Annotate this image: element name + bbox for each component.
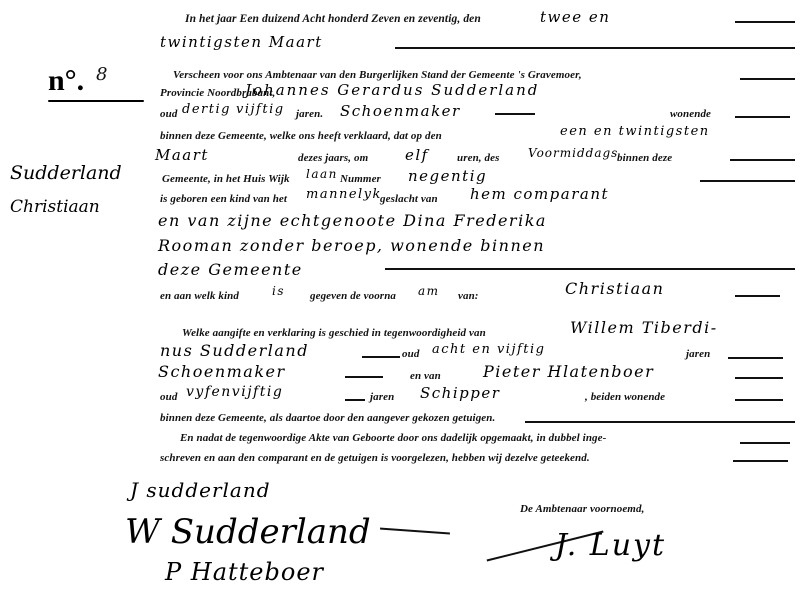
sex-text: geslacht van (380, 193, 438, 205)
handwritten-witness-2-age: vyfenvijftig (186, 384, 283, 400)
witness-intro-text: Welke aangifte en verklaring is geschied… (182, 327, 486, 339)
signature-witness-1: W Sudderland (125, 512, 371, 552)
handwritten-father-occupation: Schoenmaker (340, 102, 461, 120)
closing-text-2: schreven en aan den comparant en de getu… (160, 452, 590, 464)
handwritten-witness-2-occupation: Schipper (420, 384, 500, 402)
this-year-text: dezes jaars, om (298, 152, 368, 164)
handwritten-parent: hem comparant (470, 185, 609, 203)
witness-1-years-label: jaren (686, 348, 710, 360)
handwritten-mother-surname: Rooman zonder beroep, wonende binnen (158, 236, 545, 255)
handwritten-birth-month: Maart (155, 146, 209, 164)
handwritten-is: is (272, 284, 285, 298)
house-text: Gemeente, in het Huis Wijk (162, 173, 290, 185)
fill-line (740, 442, 790, 444)
fill-line (362, 356, 400, 358)
fill-line (735, 295, 780, 297)
fill-line (733, 460, 788, 462)
handwritten-time-of-day: Voormiddags (528, 146, 618, 160)
signature-flourish (380, 528, 450, 534)
fill-line (740, 78, 795, 80)
within-text: binnen deze (617, 152, 672, 164)
margin-given-name: Christiaan (10, 197, 100, 217)
hours-text: uren, des (457, 152, 499, 164)
fill-line (395, 47, 795, 49)
born-text: is geboren een kind van het (160, 193, 287, 205)
fill-line (345, 376, 383, 378)
margin-surname: Sudderland (10, 162, 122, 184)
declaration-text: binnen deze Gemeente, welke ons heeft ve… (160, 130, 442, 142)
closing-text-1: En nadat de tegenwoordige Akte van Geboo… (180, 432, 606, 444)
signature-witness-2: P Hatteboer (165, 558, 324, 586)
official-label: De Ambtenaar voornoemd, (520, 503, 644, 515)
handwritten-father-age: dertig (182, 102, 231, 117)
signature-official: J. Luyt (555, 528, 666, 563)
fill-line (735, 377, 783, 379)
handwritten-father-name: Johannes Gerardus Sudderland (245, 81, 539, 99)
handwritten-birth-day: een en twintigsten (560, 124, 710, 139)
handwritten-date: twintigsten Maart (160, 33, 323, 51)
handwritten-father-age-2: vijftig (236, 102, 285, 117)
named-text: en aan welk kind (160, 290, 239, 302)
both-residing-text: , beiden wonende (585, 391, 665, 403)
age-label: oud (160, 108, 177, 120)
fill-line (700, 180, 795, 182)
handwritten-municipality: deze Gemeente (158, 260, 303, 279)
handwritten-witness-1-last: nus Sudderland (160, 341, 309, 360)
fill-line (730, 159, 795, 161)
number-text: Nummer (340, 173, 381, 185)
witness-2-years-label: jaren (370, 391, 394, 403)
handwritten-mother-line: en van zijne echtgenoote Dina Frederika (158, 211, 547, 230)
handwritten-house-number: negentig (408, 167, 487, 185)
witness-1-age-label: oud (402, 348, 419, 360)
fill-line (345, 399, 365, 401)
fill-line (495, 113, 535, 115)
handwritten-witness-1-occupation: Schoenmaker (158, 362, 286, 381)
fill-line (735, 21, 795, 23)
handwritten-witness-1-first: Willem Tiberdi- (570, 318, 718, 337)
handwritten-day: twee en (540, 8, 610, 26)
fill-line (385, 268, 795, 270)
signature-father: J sudderland (130, 478, 271, 502)
witness-2-age-label: oud (160, 391, 177, 403)
handwritten-hour: elf (405, 146, 429, 164)
fill-line (525, 421, 795, 423)
witnesses-chosen-text: binnen deze Gemeente, als daartoe door d… (160, 412, 495, 424)
and-of-text: en van (410, 370, 441, 382)
fill-line (728, 357, 783, 359)
handwritten-am: am (418, 284, 440, 298)
of-text: van: (458, 290, 479, 302)
handwritten-sex: mannelyk (306, 187, 382, 202)
intro-text: In het jaar Een duizend Acht honderd Zev… (185, 13, 481, 25)
fill-line (735, 399, 783, 401)
residing-label: wonende (670, 108, 711, 120)
handwritten-witness-2-name: Pieter Hlatenboer (483, 362, 654, 381)
given-text: gegeven de voorna (310, 290, 396, 302)
registration-number-underline (48, 100, 144, 102)
handwritten-child-name: Christiaan (565, 279, 664, 298)
appearance-text: Verscheen voor ons Ambtenaar van den Bur… (173, 69, 582, 81)
registration-number-value: 8 (96, 64, 107, 85)
years-label: jaren. (296, 108, 323, 120)
handwritten-ward: laan (306, 167, 338, 181)
registration-number-label: n°. (48, 64, 84, 98)
fill-line (735, 116, 790, 118)
handwritten-witness-1-age: acht en vijftig (432, 342, 546, 357)
